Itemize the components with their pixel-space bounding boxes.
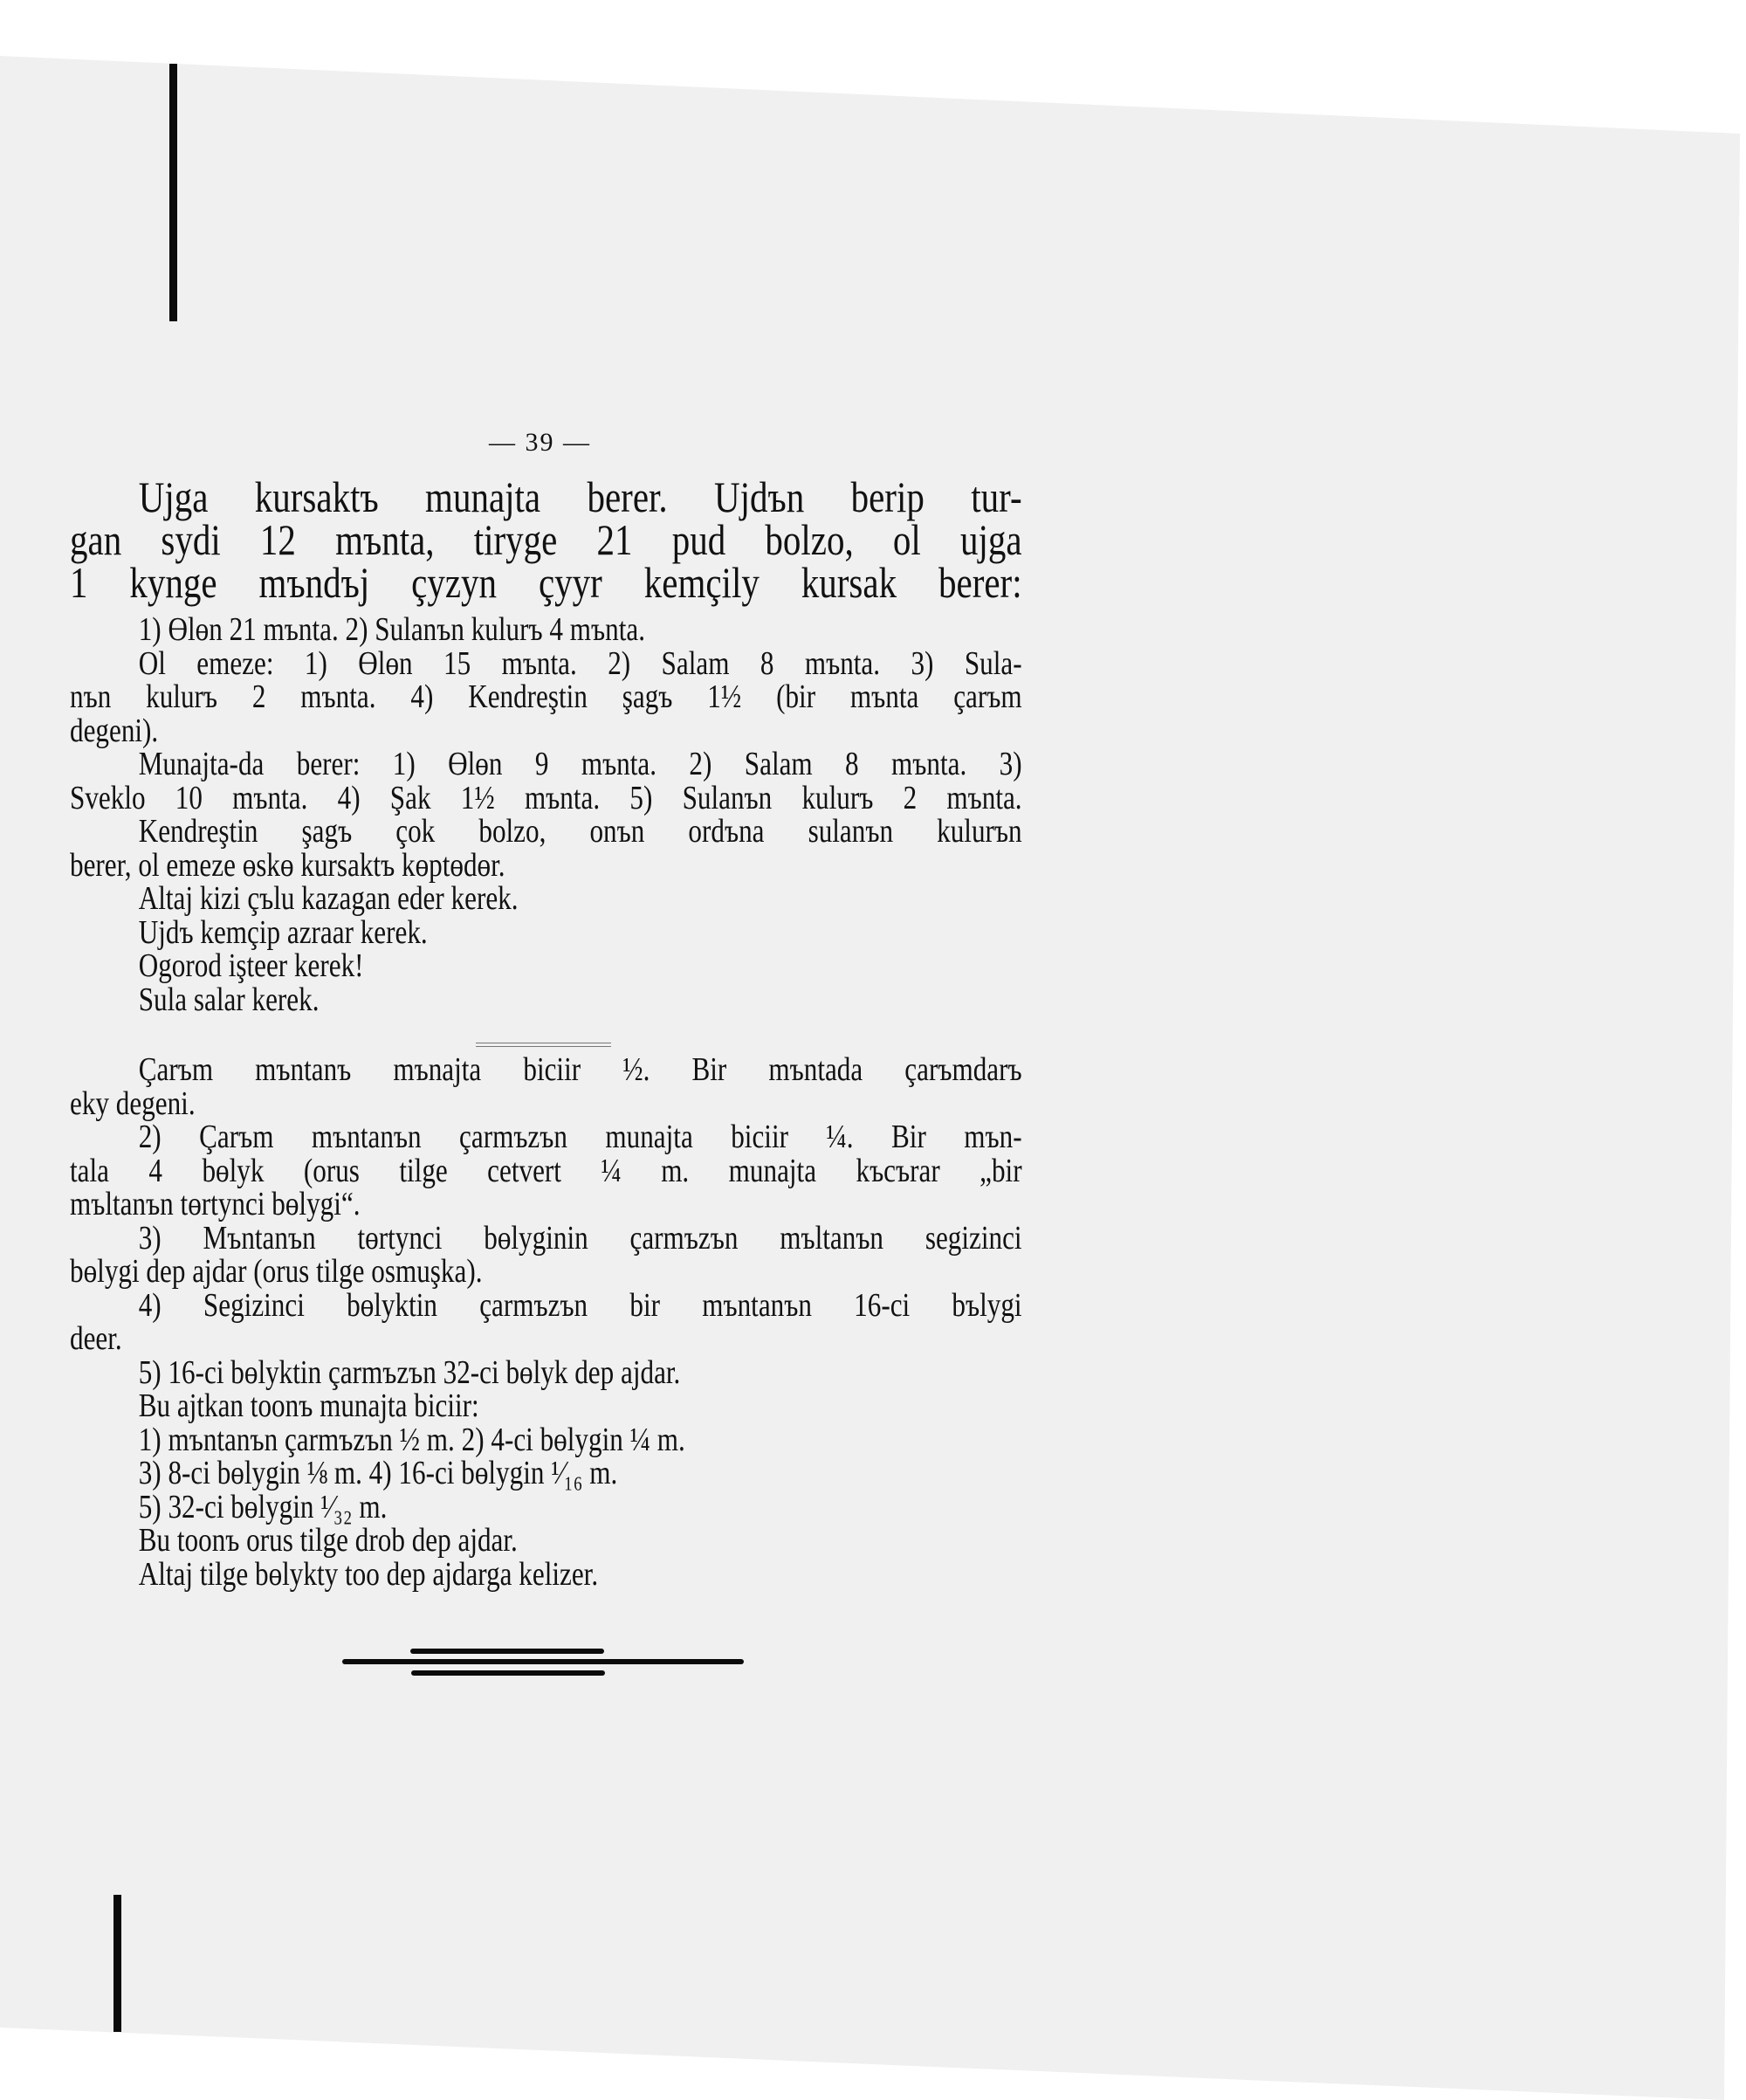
text-line: 5) 16-ci bөlyktin çarmъzъn 32-ci bөlyk d… bbox=[70, 1356, 1022, 1390]
binding-mark-top bbox=[169, 64, 177, 321]
scanned-page: — 39 — Ujga kursaktъ munajta berer. Ujdъ… bbox=[0, 0, 1746, 2100]
text-line: Altaj tilge bөlykty too dep ajdarga keli… bbox=[70, 1558, 1022, 1592]
lead-line: 1 kynge mъndъj çyzyn çyyr kemçily kursak… bbox=[70, 561, 1022, 604]
text-line: Sveklo 10 mъnta. 4) Şak 1½ mъnta. 5) Sul… bbox=[70, 781, 1022, 816]
text-line: Munajta-da berer: 1) Ɵlөn 9 mъnta. 2) Sa… bbox=[70, 747, 1022, 781]
ration-section: 1) Ɵlөn 21 mъnta. 2) Sulanъn kulurъ 4 mъ… bbox=[70, 613, 1022, 1016]
text-line: 2) Çarъm mъntanъn çarmъzъn munajta bicii… bbox=[70, 1120, 1022, 1154]
text-line: Bu toonъ orus tilge drob dep ajdar. bbox=[70, 1524, 1022, 1558]
end-ornament-rule bbox=[410, 1649, 604, 1654]
text-line: 3) Mъntanъn tөrtynci bөlyginin çarmъzъn … bbox=[70, 1222, 1022, 1256]
text-line: degeni). bbox=[70, 714, 1022, 748]
text-line: Ujdъ kemçip azraar kerek. bbox=[70, 916, 1022, 950]
text-line: Bu ajtkan toonъ munajta biciir: bbox=[70, 1389, 1022, 1423]
lead-line: Ujga kursaktъ munajta berer. Ujdъn berip… bbox=[70, 476, 1022, 519]
text-line: bөlygi dep ajdar (orus tilge osmuşka). bbox=[70, 1255, 1022, 1289]
separator-rule bbox=[476, 1046, 611, 1047]
lead-line: gan sydi 12 mъnta, tiryge 21 pud bolzo, … bbox=[70, 519, 1022, 561]
text-line: 1) mъntanъn çarmъzъn ½ m. 2) 4-ci bөlygi… bbox=[70, 1423, 1022, 1457]
binding-mark-bottom bbox=[113, 1895, 121, 2032]
lead-paragraph: Ujga kursaktъ munajta berer. Ujdъn berip… bbox=[70, 476, 1022, 604]
text-line: Altaj kizi çъlu kazagan eder kerek. bbox=[70, 882, 1022, 916]
page-number: — 39 — bbox=[489, 428, 591, 458]
paper-sheet bbox=[0, 0, 1746, 2100]
text-line: Ogorod işteer kerek! bbox=[70, 949, 1022, 983]
text-line: 5) 32-ci bөlygin ¹⁄₃₂ m. bbox=[70, 1491, 1022, 1525]
text-line: Çarъm mъntanъ mъnajta biciir ½. Bir mъnt… bbox=[70, 1053, 1022, 1087]
text-line: deer. bbox=[70, 1322, 1022, 1356]
text-line: berer, ol emeze өskө kursaktъ kөptөdөr. bbox=[70, 849, 1022, 883]
text-line: eky degeni. bbox=[70, 1087, 1022, 1121]
text-line: 4) Segizinci bөlyktin çarmъzъn bir mъnta… bbox=[70, 1289, 1022, 1323]
text-line: nъn kulurъ 2 mъnta. 4) Kendreştin şagъ 1… bbox=[70, 680, 1022, 714]
end-ornament-rule bbox=[411, 1670, 605, 1676]
text-line: Sula salar kerek. bbox=[70, 983, 1022, 1017]
text-line: mъltanъn tөrtynci bөlygi“. bbox=[70, 1188, 1022, 1222]
end-ornament-rule bbox=[342, 1659, 744, 1664]
text-line: Ol emeze: 1) Ɵlөn 15 mъnta. 2) Salam 8 m… bbox=[70, 647, 1022, 681]
separator-rule bbox=[476, 1043, 611, 1043]
fractions-section: Çarъm mъntanъ mъnajta biciir ½. Bir mъnt… bbox=[70, 1053, 1022, 1591]
text-line: Kendreştin şagъ çok bolzo, onъn ordъna s… bbox=[70, 815, 1022, 849]
text-line: 3) 8-ci bөlygin ⅛ m. 4) 16-ci bөlygin ¹⁄… bbox=[70, 1456, 1022, 1491]
text-line: 1) Ɵlөn 21 mъnta. 2) Sulanъn kulurъ 4 mъ… bbox=[70, 613, 1022, 647]
text-line: tala 4 bөlyk (orus tilge cetvert ¼ m. mu… bbox=[70, 1154, 1022, 1188]
